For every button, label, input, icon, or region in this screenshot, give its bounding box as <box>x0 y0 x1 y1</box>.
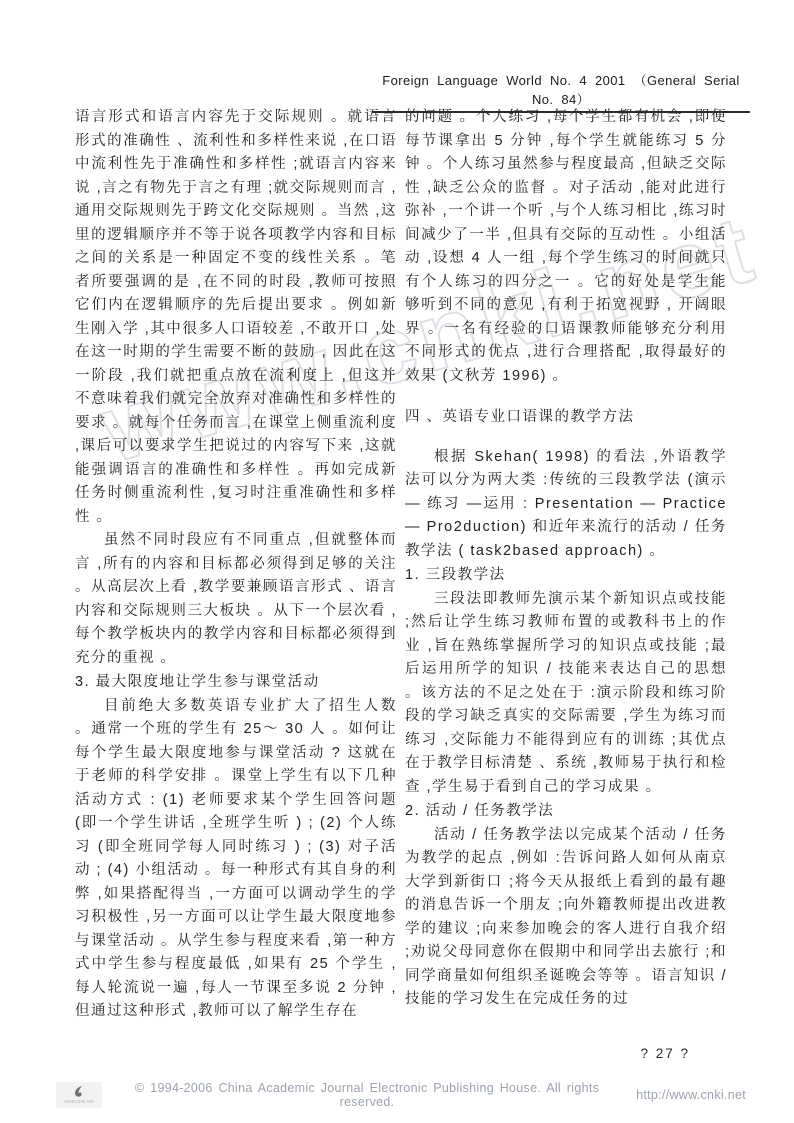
cnki-logo: www.cnki.net <box>56 1082 102 1108</box>
paragraph: 三段法即教师先演示某个新知识点或技能 ;然后让学生练习教师布置的或教科书上的作业… <box>405 588 727 800</box>
article-body: 语言形式和语言内容先于交际规则 。就语言形式的准确性 、流利性和多样性来说 ,在… <box>75 106 727 1024</box>
left-column: 语言形式和语言内容先于交际规则 。就语言形式的准确性 、流利性和多样性来说 ,在… <box>75 106 397 1024</box>
paragraph: 语言形式和语言内容先于交际规则 。就语言形式的准确性 、流利性和多样性来说 ,在… <box>75 106 397 529</box>
paragraph: 虽然不同时段应有不同重点 ,但就整体而言 ,所有的内容和目标都必须得到足够的关注… <box>75 529 397 670</box>
cnki-logo-caption: www.cnki.net <box>64 1100 93 1105</box>
page-number: ? 27 ? <box>560 1046 690 1061</box>
paragraph: 根据 Skehan( 1998) 的看法 ,外语教学法可以分为两大类 :传统的三… <box>405 446 727 564</box>
paragraph: 的问题 。个人练习 ,每个学生都有机会 ,即便每节课拿出 5 分钟 ,每个学生就… <box>405 106 727 388</box>
numbered-heading: 1. 三段教学法 <box>405 564 727 588</box>
numbered-heading: 3. 最大限度地让学生参与课堂活动 <box>75 671 397 695</box>
footer-bar: www.cnki.net © 1994-2006 China Academic … <box>0 1078 794 1112</box>
paragraph: 活动 / 任务教学法以完成某个活动 / 任务为教学的起点 ,例如 :告诉问路人如… <box>405 824 727 1012</box>
journal-header-line: Foreign Language World No. 4 2001 （Gener… <box>372 70 750 113</box>
paragraph: 目前绝大多数英语专业扩大了招生人数 。通常一个班的学生有 25～ 30 人 。如… <box>75 695 397 1024</box>
footer-url: http://www.cnki.net <box>636 1088 746 1102</box>
swirl-icon <box>72 1085 87 1100</box>
right-column: 的问题 。个人练习 ,每个学生都有机会 ,即便每节课拿出 5 分钟 ,每个学生就… <box>405 106 727 1012</box>
copyright-text: © 1994-2006 China Academic Journal Elect… <box>116 1081 618 1109</box>
numbered-heading: 2. 活动 / 任务教学法 <box>405 800 727 824</box>
section-heading: 四 、英语专业口语课的教学方法 <box>405 406 727 430</box>
